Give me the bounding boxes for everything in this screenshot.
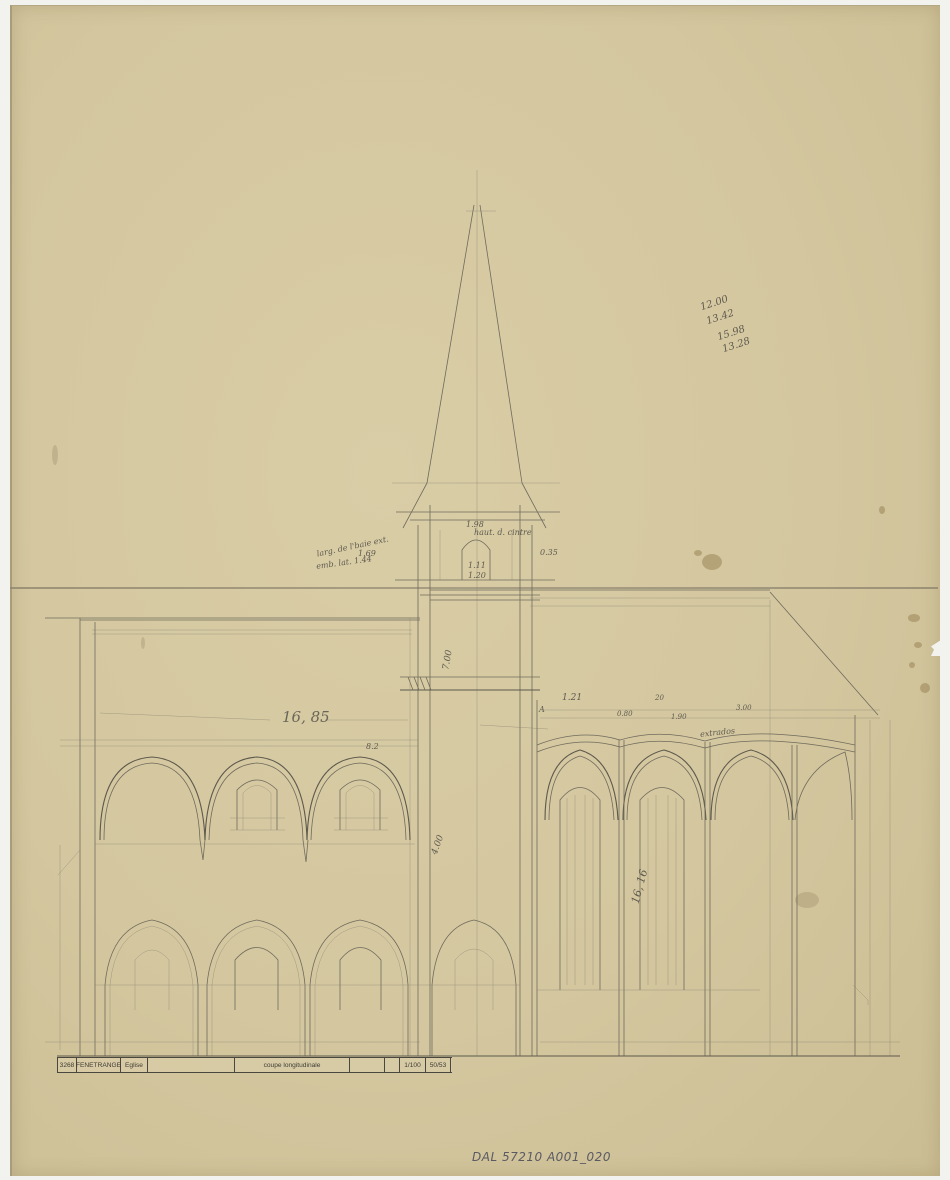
title-block-scale: 1/100: [400, 1058, 426, 1072]
tower-dim-3: 0.35: [540, 548, 558, 557]
choir-dim-1: 1.21: [562, 693, 582, 703]
belfry: [395, 505, 555, 1056]
spire: [392, 170, 560, 1056]
architectural-drawing: [0, 0, 950, 1180]
tower-window-note: haut. d. cintre: [474, 528, 532, 537]
choir-dim-5: 1.90: [671, 713, 687, 721]
tower-dim-1: 1.11: [468, 561, 486, 570]
title-block-empty-1: [148, 1058, 235, 1072]
title-block-building: Eglise: [121, 1058, 148, 1072]
tower-dim-4: 1.98: [466, 520, 484, 529]
tower-dim-2: 1.20: [468, 571, 486, 580]
choir-dim-4: 20: [655, 694, 664, 702]
nave-length-dimension: 16, 85: [282, 708, 330, 726]
archive-reference: DAL 57210 A001_020: [472, 1150, 611, 1164]
title-block-sheet-number: 3268: [57, 1058, 77, 1072]
title-block: 3268 FENETRANGE Eglise coupe longitudina…: [57, 1057, 452, 1073]
stains: [52, 445, 930, 908]
title-block-empty-3: [385, 1058, 400, 1072]
choir-dim-2: A: [539, 705, 545, 714]
choir: [430, 590, 900, 1056]
nave-outline: [45, 618, 420, 1056]
choir-dim-3: 0.80: [617, 710, 633, 718]
title-block-commune: FENETRANGE: [77, 1058, 121, 1072]
nave-upper-arches: [95, 757, 415, 862]
nave-dim-small: 8.2: [366, 742, 379, 751]
title-block-page: 50/53: [426, 1058, 451, 1072]
title-block-empty-2: [350, 1058, 385, 1072]
title-block-view-type: coupe longitudinale: [235, 1058, 350, 1072]
choir-dim-6: 3.00: [736, 704, 752, 712]
nave-lower-arches: [95, 920, 520, 1056]
